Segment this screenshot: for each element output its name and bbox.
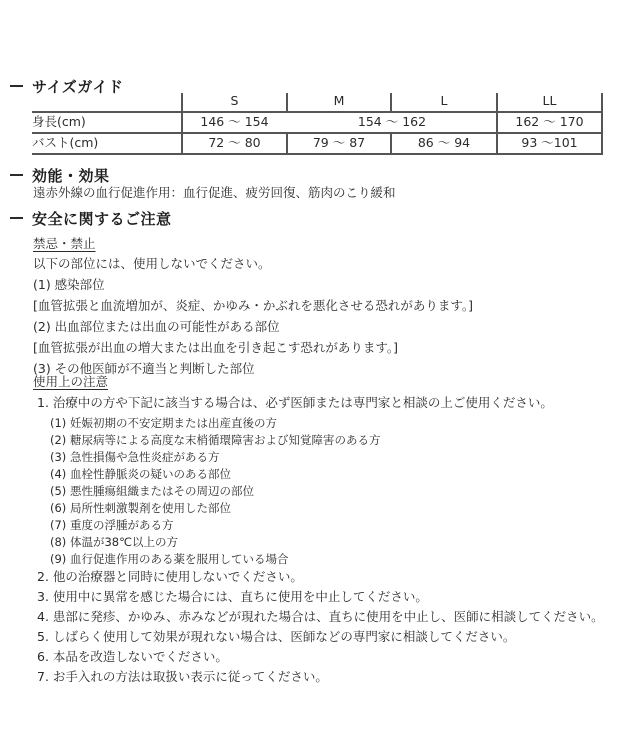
table-cell: 162 〜 170 bbox=[498, 112, 601, 132]
table-cell: 146 〜 154 bbox=[183, 112, 286, 132]
table-cell: 72 〜 80 bbox=[183, 133, 286, 153]
dash-icon bbox=[10, 174, 23, 176]
prohibited-line: (1) 感染部位 bbox=[33, 274, 105, 295]
safety-heading: 安全に関するご注意 bbox=[10, 208, 172, 229]
usage-item: 1. 治療中の方や下記に該当する場合は、必ず医師または専門家と相談の上ご使用くだ… bbox=[37, 392, 553, 413]
size-table: S M L LL 身長(cm) 146 〜 154 154 〜 162 162 … bbox=[32, 93, 602, 154]
usage-item: 7. お手入れの方法は取扱い表示に従ってください。 bbox=[37, 666, 328, 687]
safety-title: 安全に関するご注意 bbox=[32, 210, 172, 228]
usage-item: 5. しばらく使用して効果が現れない場合は、医師などの専門家に相談してください。 bbox=[37, 626, 515, 647]
table-cell: 86 〜 94 bbox=[392, 133, 496, 153]
prohibited-subheading: 禁忌・禁止 bbox=[33, 234, 96, 252]
prohibited-line: [血管拡張と血流増加が、炎症、かゆみ・かぶれを悪化させる恐れがあります。] bbox=[33, 295, 473, 316]
column-header-l: L bbox=[392, 91, 496, 111]
usage-item: 3. 使用中に異常を感じた場合には、直ちに使用を中止してください。 bbox=[37, 586, 428, 607]
table-cell: 79 〜 87 bbox=[288, 133, 390, 153]
usage-subheading: 使用上の注意 bbox=[33, 372, 108, 390]
table-divider bbox=[32, 153, 602, 155]
table-divider bbox=[601, 93, 603, 155]
row-label-bust: バスト(cm) bbox=[32, 133, 181, 153]
dash-icon bbox=[10, 217, 23, 219]
prohibited-line: 以下の部位には、使用しないでください。 bbox=[33, 253, 271, 274]
usage-item: 4. 患部に発疹、かゆみ、赤みなどが現れた場合は、直ちに使用を中止し、医師に相談… bbox=[37, 606, 604, 627]
prohibited-line: [血管拡張が出血の増大または出血を引き起こす恐れがあります。] bbox=[33, 337, 398, 358]
efficacy-text: 遠赤外線の血行促進作用：血行促進、疲労回復、筋肉のこり緩和 bbox=[33, 182, 396, 203]
row-label-height: 身長(cm) bbox=[32, 112, 181, 132]
usage-item: 2. 他の治療器と同時に使用しないでください。 bbox=[37, 566, 303, 587]
column-header-s: S bbox=[183, 91, 286, 111]
prohibited-line: (2) 出血部位または出血の可能性がある部位 bbox=[33, 316, 280, 337]
table-cell: 93 〜101 bbox=[498, 133, 601, 153]
column-header-m: M bbox=[288, 91, 390, 111]
usage-item: 6. 本品を改造しないでください。 bbox=[37, 646, 228, 667]
column-header-ll: LL bbox=[498, 91, 601, 111]
dash-icon bbox=[10, 85, 23, 87]
table-cell: 154 〜 162 bbox=[288, 112, 496, 132]
